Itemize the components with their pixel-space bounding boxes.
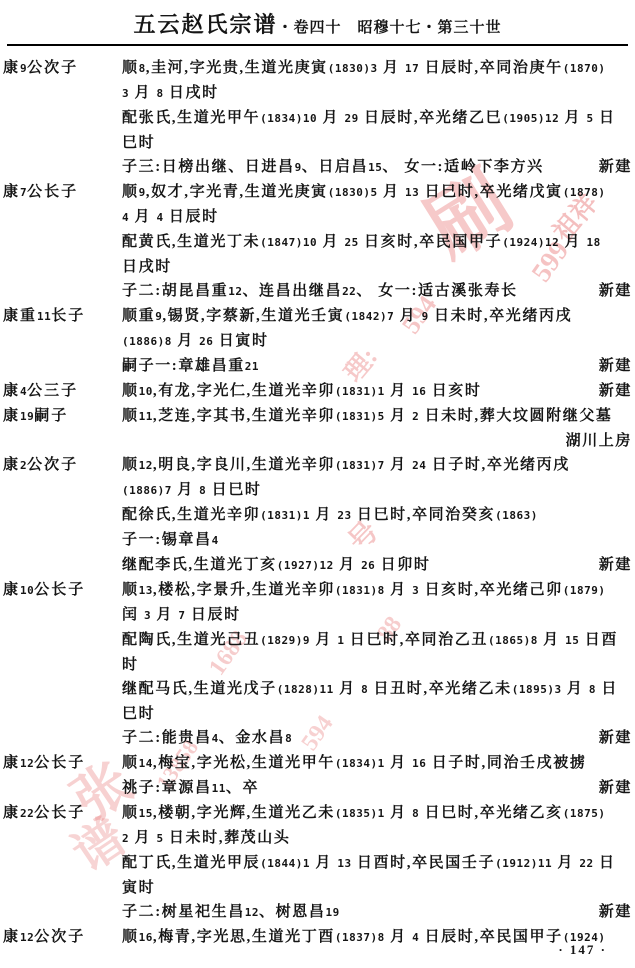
new-built-tag: 新建 [599,776,632,800]
line-text: 巳时 [122,702,155,726]
line-text: 顺12,明良,字良川,生道光辛卯(1831)7 月 24 日子时,卒光绪丙戌 [122,453,570,478]
entry-line: (1886)7 月 8 日巳时 [122,478,632,503]
new-built-tag: 新建 [599,379,632,403]
entry-line: 巳时 [122,702,632,726]
entry-line: 时 [122,653,632,677]
entry-line: 子二:能贵昌4、金水昌8新建 [122,726,632,751]
entry-relation-label: 康7公长子 [0,180,122,205]
book-title: 五云赵氏宗谱 [133,12,277,37]
entry-text-lines: 顺14,梅宝,字光松,生道光甲午(1834)1 月 16 日子时,同治壬戌被掳祧… [122,751,635,801]
line-text: 顺13,楼松,字景升,生道光辛卯(1831)8 月 3 日亥时,卒光绪己卯(18… [122,578,605,603]
entry-line: 顺14,梅宝,字光松,生道光甲午(1834)1 月 16 日子时,同治壬戌被掳 [122,751,632,776]
volume-subtitle: ・卷四十 昭穆十七・第三十世 [278,20,502,36]
entry-line: 配丁氏,生道光甲辰(1844)1 月 13 日酉时,卒民国壬子(1912)11 … [122,851,632,876]
entry-line: 继配李氏,生道光丁亥(1927)12 月 26 日卯时新建 [122,553,632,578]
line-text: 2 月 5 日未时,葬茂山头 [122,826,290,851]
entry-line: 配黄氏,生道光丁未(1847)10 月 25 日亥时,卒民国甲子(1924)12… [122,230,632,255]
new-built-tag: 新建 [599,726,632,750]
entry-line: 顺10,有龙,字光仁,生道光辛卯(1831)1 月 16 日亥时新建 [122,379,632,404]
line-text: 子二:能贵昌4、金水昌8 [122,726,292,751]
line-text: (1886)7 月 8 日巳时 [122,478,261,503]
line-text: 顺重9,锡贤,字蔡新,生道光壬寅(1842)7 月 9 日未时,卒光绪丙戌 [122,304,572,329]
entry-line: (1886)8 月 26 日寅时 [122,329,632,354]
entry-text-lines: 顺13,楼松,字景升,生道光辛卯(1831)8 月 3 日亥时,卒光绪己卯(18… [122,578,635,751]
entry-text-lines: 顺12,明良,字良川,生道光辛卯(1831)7 月 24 日子时,卒光绪丙戌(1… [122,453,635,578]
line-text: 闰 3 月 7 日辰时 [122,603,241,628]
entry-line: 湖川上房 [122,429,632,453]
new-built-tag: 新建 [599,155,632,179]
line-text: 配陶氏,生道光己丑(1829)9 月 1 日巳时,卒同治乙丑(1865)8 月 … [122,628,618,653]
genealogy-entry: 康9公次子 顺8,圭河,字光贵,生道光庚寅(1830)3 月 17 日辰时,卒同… [0,56,635,180]
entry-relation-label: 康12公次子 [0,925,122,950]
new-built-tag: 新建 [599,279,632,303]
entry-line: 顺13,楼松,字景升,生道光辛卯(1831)8 月 3 日亥时,卒光绪己卯(18… [122,578,632,603]
page-number: · 147 · [558,942,607,958]
line-text: 日戌时 [122,255,172,279]
entry-relation-label: 康19嗣子 [0,404,122,429]
entry-line: 2 月 5 日未时,葬茂山头 [122,826,632,851]
genealogy-entry: 康12公长子 顺14,梅宝,字光松,生道光甲午(1834)1 月 16 日子时,… [0,751,635,801]
entry-line: 配徐氏,生道光辛卯(1831)1 月 23 日巳时,卒同治癸亥(1863) [122,503,632,528]
entry-line: 配陶氏,生道光己丑(1829)9 月 1 日巳时,卒同治乙丑(1865)8 月 … [122,628,632,653]
genealogy-entry: 康22公长子 顺15,楼朝,字光辉,生道光乙未(1835)1 月 8 日巳时,卒… [0,801,635,925]
entry-line: 子二:树星祀生昌12、树恩昌19新建 [122,900,632,925]
entry-line: 顺8,圭河,字光贵,生道光庚寅(1830)3 月 17 日辰时,卒同治庚午(18… [122,56,632,81]
entry-relation-label: 康12公长子 [0,751,122,776]
entry-relation-label: 康4公三子 [0,379,122,404]
entry-line: 嗣子一:章雄昌重21新建 [122,354,632,379]
entry-text-lines: 顺11,芝连,字其书,生道光辛卯(1831)5 月 2 日未时,葬大坟圆附继父墓… [122,404,635,453]
entry-text-lines: 顺9,奴才,字光青,生道光庚寅(1830)5 月 13 日巳时,卒光绪戊寅(18… [122,180,635,304]
line-text: 顺8,圭河,字光贵,生道光庚寅(1830)3 月 17 日辰时,卒同治庚午(18… [122,56,605,81]
genealogy-entries: 康9公次子 顺8,圭河,字光贵,生道光庚寅(1830)3 月 17 日辰时,卒同… [0,56,635,950]
entry-line: 配张氏,生道光甲午(1834)10 月 29 日辰时,卒光绪乙巳(1905)12… [122,106,632,131]
entry-text-lines: 顺8,圭河,字光贵,生道光庚寅(1830)3 月 17 日辰时,卒同治庚午(18… [122,56,635,180]
line-text: 时 [122,653,139,677]
entry-line: 子三:日榜出继、日进昌9、日启昌15、 女一:适岭下李方兴新建 [122,155,632,180]
entry-text-lines: 顺重9,锡贤,字蔡新,生道光壬寅(1842)7 月 9 日未时,卒光绪丙戌(18… [122,304,635,379]
line-text: 继配马氏,生道光戊子(1828)11 月 8 日丑时,卒光绪乙未(1895)3 … [122,677,618,702]
genealogy-entry: 康重11长子 顺重9,锡贤,字蔡新,生道光壬寅(1842)7 月 9 日未时,卒… [0,304,635,379]
line-text: 顺15,楼朝,字光辉,生道光乙未(1835)1 月 8 日巳时,卒光绪乙亥(18… [122,801,605,826]
line-text: 子二:树星祀生昌12、树恩昌19 [122,900,340,925]
entry-line: 继配马氏,生道光戊子(1828)11 月 8 日丑时,卒光绪乙未(1895)3 … [122,677,632,702]
entry-line: 祧子:章源昌11、卒新建 [122,776,632,801]
line-text: 4 月 4 日辰时 [122,205,219,230]
line-text: 继配李氏,生道光丁亥(1927)12 月 26 日卯时 [122,553,430,578]
entry-text-lines: 顺15,楼朝,字光辉,生道光乙未(1835)1 月 8 日巳时,卒光绪乙亥(18… [122,801,635,925]
line-text: 巳时 [122,131,155,155]
entry-relation-label: 康10公长子 [0,578,122,603]
entry-line: 4 月 4 日辰时 [122,205,632,230]
line-text: 子二:胡昆昌重12、连昌出继昌22、 女一:适古溪张寿长 [122,279,518,304]
entry-relation-label: 康重11长子 [0,304,122,329]
line-text: 配丁氏,生道光甲辰(1844)1 月 13 日酉时,卒民国壬子(1912)11 … [122,851,616,876]
entry-line: 顺15,楼朝,字光辉,生道光乙未(1835)1 月 8 日巳时,卒光绪乙亥(18… [122,801,632,826]
line-text: 寅时 [122,876,155,900]
entry-line: 子一:锡章昌4 [122,528,632,553]
entry-relation-label: 康9公次子 [0,56,122,81]
entry-relation-label: 康2公次子 [0,453,122,478]
entry-line: 巳时 [122,131,632,155]
new-built-tag: 新建 [599,900,632,924]
entry-text-lines: 顺10,有龙,字光仁,生道光辛卯(1831)1 月 16 日亥时新建 [122,379,635,404]
new-built-tag: 新建 [599,553,632,577]
genealogy-entry: 康2公次子 顺12,明良,字良川,生道光辛卯(1831)7 月 24 日子时,卒… [0,453,635,578]
line-text: 配黄氏,生道光丁未(1847)10 月 25 日亥时,卒民国甲子(1924)12… [122,230,601,255]
line-text: 子一:锡章昌4 [122,528,219,553]
genealogy-entry: 康12公次子 顺16,梅青,字光思,生道光丁酉(1837)8 月 4 日辰时,卒… [0,925,635,950]
entry-line: 闰 3 月 7 日辰时 [122,603,632,628]
line-text: 湖川上房 [566,429,632,453]
line-text: 配张氏,生道光甲午(1834)10 月 29 日辰时,卒光绪乙巳(1905)12… [122,106,616,131]
entry-line: 顺9,奴才,字光青,生道光庚寅(1830)5 月 13 日巳时,卒光绪戊寅(18… [122,180,632,205]
line-text: 顺10,有龙,字光仁,生道光辛卯(1831)1 月 16 日亥时 [122,379,482,404]
line-text: 子三:日榜出继、日进昌9、日启昌15、 女一:适岭下李方兴 [122,155,544,180]
line-text: 配徐氏,生道光辛卯(1831)1 月 23 日巳时,卒同治癸亥(1863) [122,503,538,528]
genealogy-page: 刷祖祥599594理:号881688张谱13858594 五云赵氏宗谱・卷四十 … [0,0,635,968]
line-text: 顺9,奴才,字光青,生道光庚寅(1830)5 月 13 日巳时,卒光绪戊寅(18… [122,180,605,205]
header-divider [7,44,628,46]
line-text: 顺14,梅宝,字光松,生道光甲午(1834)1 月 16 日子时,同治壬戌被掳 [122,751,586,776]
line-text: 顺16,梅青,字光思,生道光丁酉(1837)8 月 4 日辰时,卒民国甲子(19… [122,925,605,950]
entry-line: 顺11,芝连,字其书,生道光辛卯(1831)5 月 2 日未时,葬大坟圆附继父墓 [122,404,632,429]
entry-line: 寅时 [122,876,632,900]
genealogy-entry: 康10公长子 顺13,楼松,字景升,生道光辛卯(1831)8 月 3 日亥时,卒… [0,578,635,751]
entry-line: 顺16,梅青,字光思,生道光丁酉(1837)8 月 4 日辰时,卒民国甲子(19… [122,925,632,950]
line-text: (1886)8 月 26 日寅时 [122,329,269,354]
entry-line: 顺12,明良,字良川,生道光辛卯(1831)7 月 24 日子时,卒光绪丙戌 [122,453,632,478]
entry-line: 顺重9,锡贤,字蔡新,生道光壬寅(1842)7 月 9 日未时,卒光绪丙戌 [122,304,632,329]
line-text: 嗣子一:章雄昌重21 [122,354,259,379]
line-text: 祧子:章源昌11、卒 [122,776,259,801]
genealogy-entry: 康7公长子 顺9,奴才,字光青,生道光庚寅(1830)5 月 13 日巳时,卒光… [0,180,635,304]
entry-line: 子二:胡昆昌重12、连昌出继昌22、 女一:适古溪张寿长新建 [122,279,632,304]
genealogy-entry: 康19嗣子 顺11,芝连,字其书,生道光辛卯(1831)5 月 2 日未时,葬大… [0,404,635,453]
line-text: 3 月 8 日戌时 [122,81,219,106]
genealogy-entry: 康4公三子 顺10,有龙,字光仁,生道光辛卯(1831)1 月 16 日亥时新建 [0,379,635,404]
page-header: 五云赵氏宗谱・卷四十 昭穆十七・第三十世 [0,8,635,42]
entry-line: 3 月 8 日戌时 [122,81,632,106]
new-built-tag: 新建 [599,354,632,378]
line-text: 顺11,芝连,字其书,生道光辛卯(1831)5 月 2 日未时,葬大坟圆附继父墓 [122,404,613,429]
entry-line: 日戌时 [122,255,632,279]
entry-relation-label: 康22公长子 [0,801,122,826]
